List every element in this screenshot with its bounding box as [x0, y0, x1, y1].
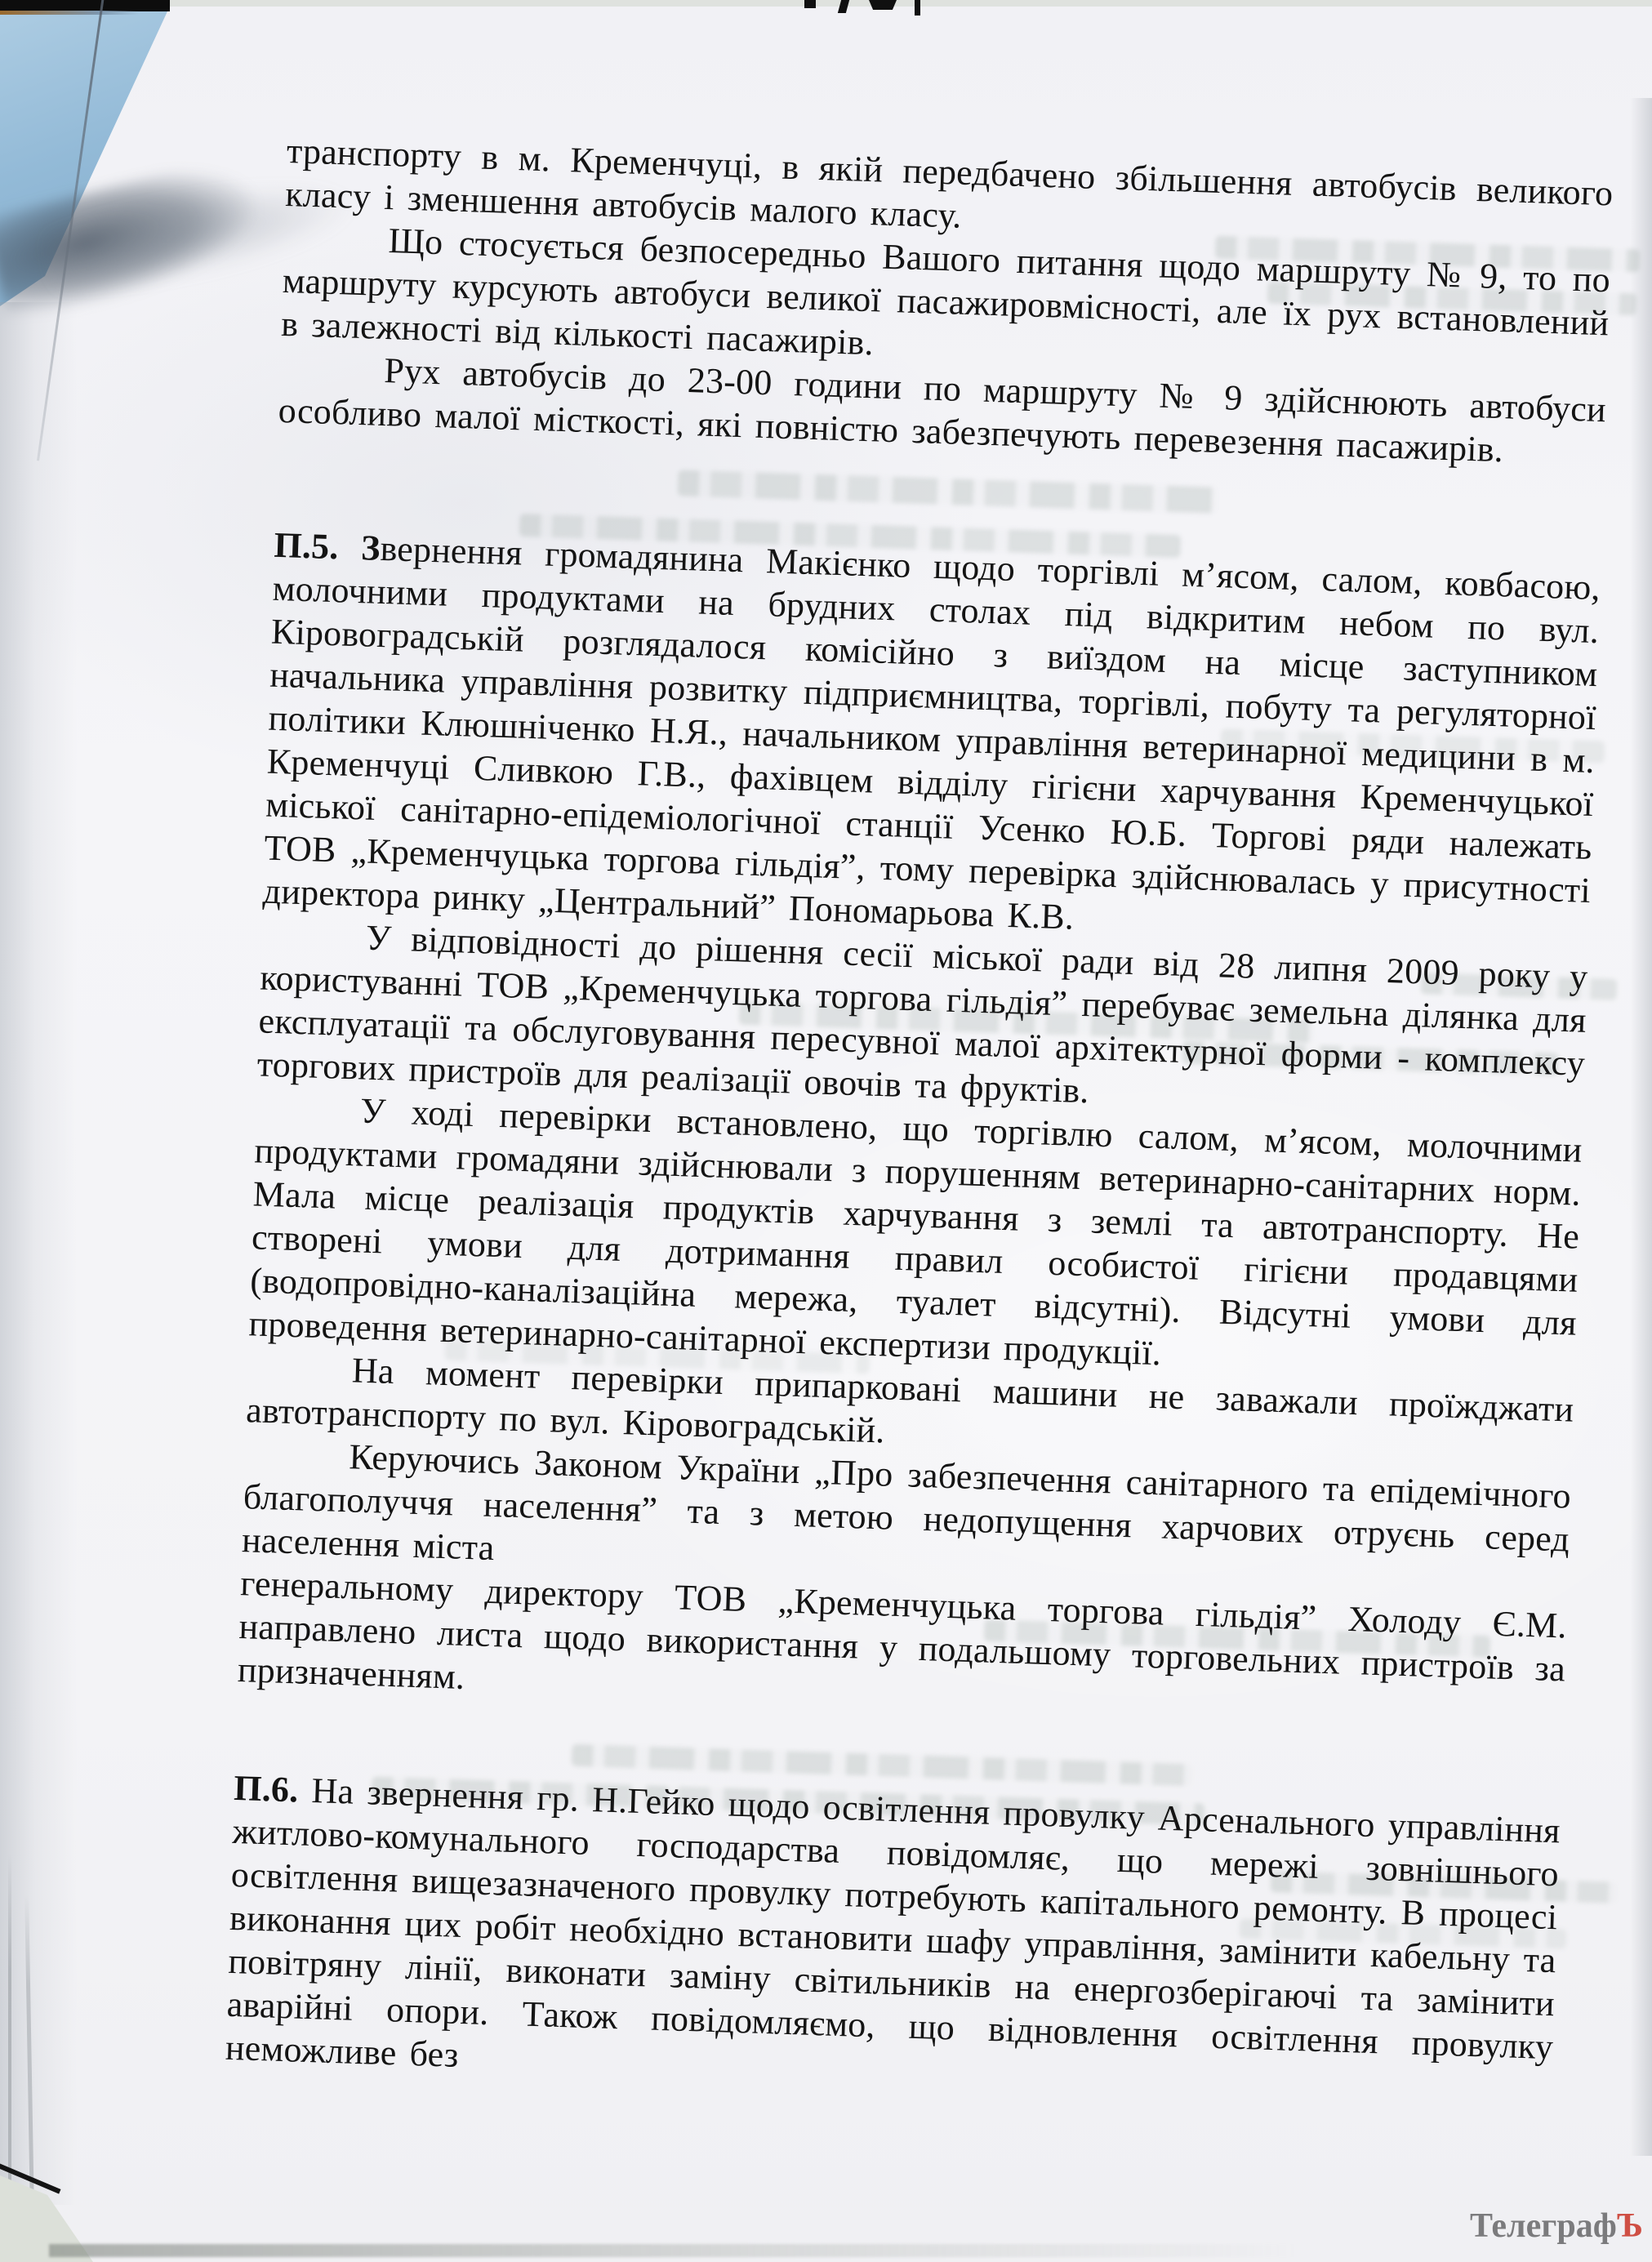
watermark-gray-text: Телеграф: [1470, 2207, 1617, 2245]
scan-edge-black-bar: [0, 0, 170, 11]
right-edge-shadow: [1630, 98, 1652, 2156]
document-text-block: транспорту в м. Кременчуці, в якій перед…: [225, 129, 1614, 2112]
paragraph-p5-text: вернення громадянина Макієнко щодо торгі…: [262, 528, 1601, 937]
bottom-edge-shadow: [49, 2244, 1298, 2257]
cut-off-glyph-fragment: [915, 0, 920, 16]
cut-off-glyph-fragment: [869, 0, 897, 10]
watermark-red-letter: Ъ: [1617, 2207, 1643, 2245]
paragraph-inspection-findings: У ході перевірки встановлено, що торгівл…: [248, 1085, 1583, 1387]
paragraph-p6-text: На звернення гр. Н.Гейко щодо освітлення…: [225, 1770, 1561, 2075]
paragraph-p6-number: П.6.: [234, 1768, 300, 1810]
paragraph-p5-number: П.5. З: [274, 525, 381, 568]
paragraph-p5: П.5. Звернення громадянина Макієнко щодо…: [262, 523, 1601, 955]
left-edge-shadow: [0, 302, 78, 2205]
scanned-document-page: { "page": { "type": "scanned-letter-page…: [0, 0, 1652, 2262]
scan-edge-color-fringe: [0, 11, 139, 15]
paragraph-p6: П.6. На звернення гр. Н.Гейко щодо освіт…: [225, 1766, 1561, 2112]
cut-off-glyph-fragment: [804, 0, 816, 8]
telegraf-watermark: ТелеграфЪ: [1470, 2206, 1643, 2246]
